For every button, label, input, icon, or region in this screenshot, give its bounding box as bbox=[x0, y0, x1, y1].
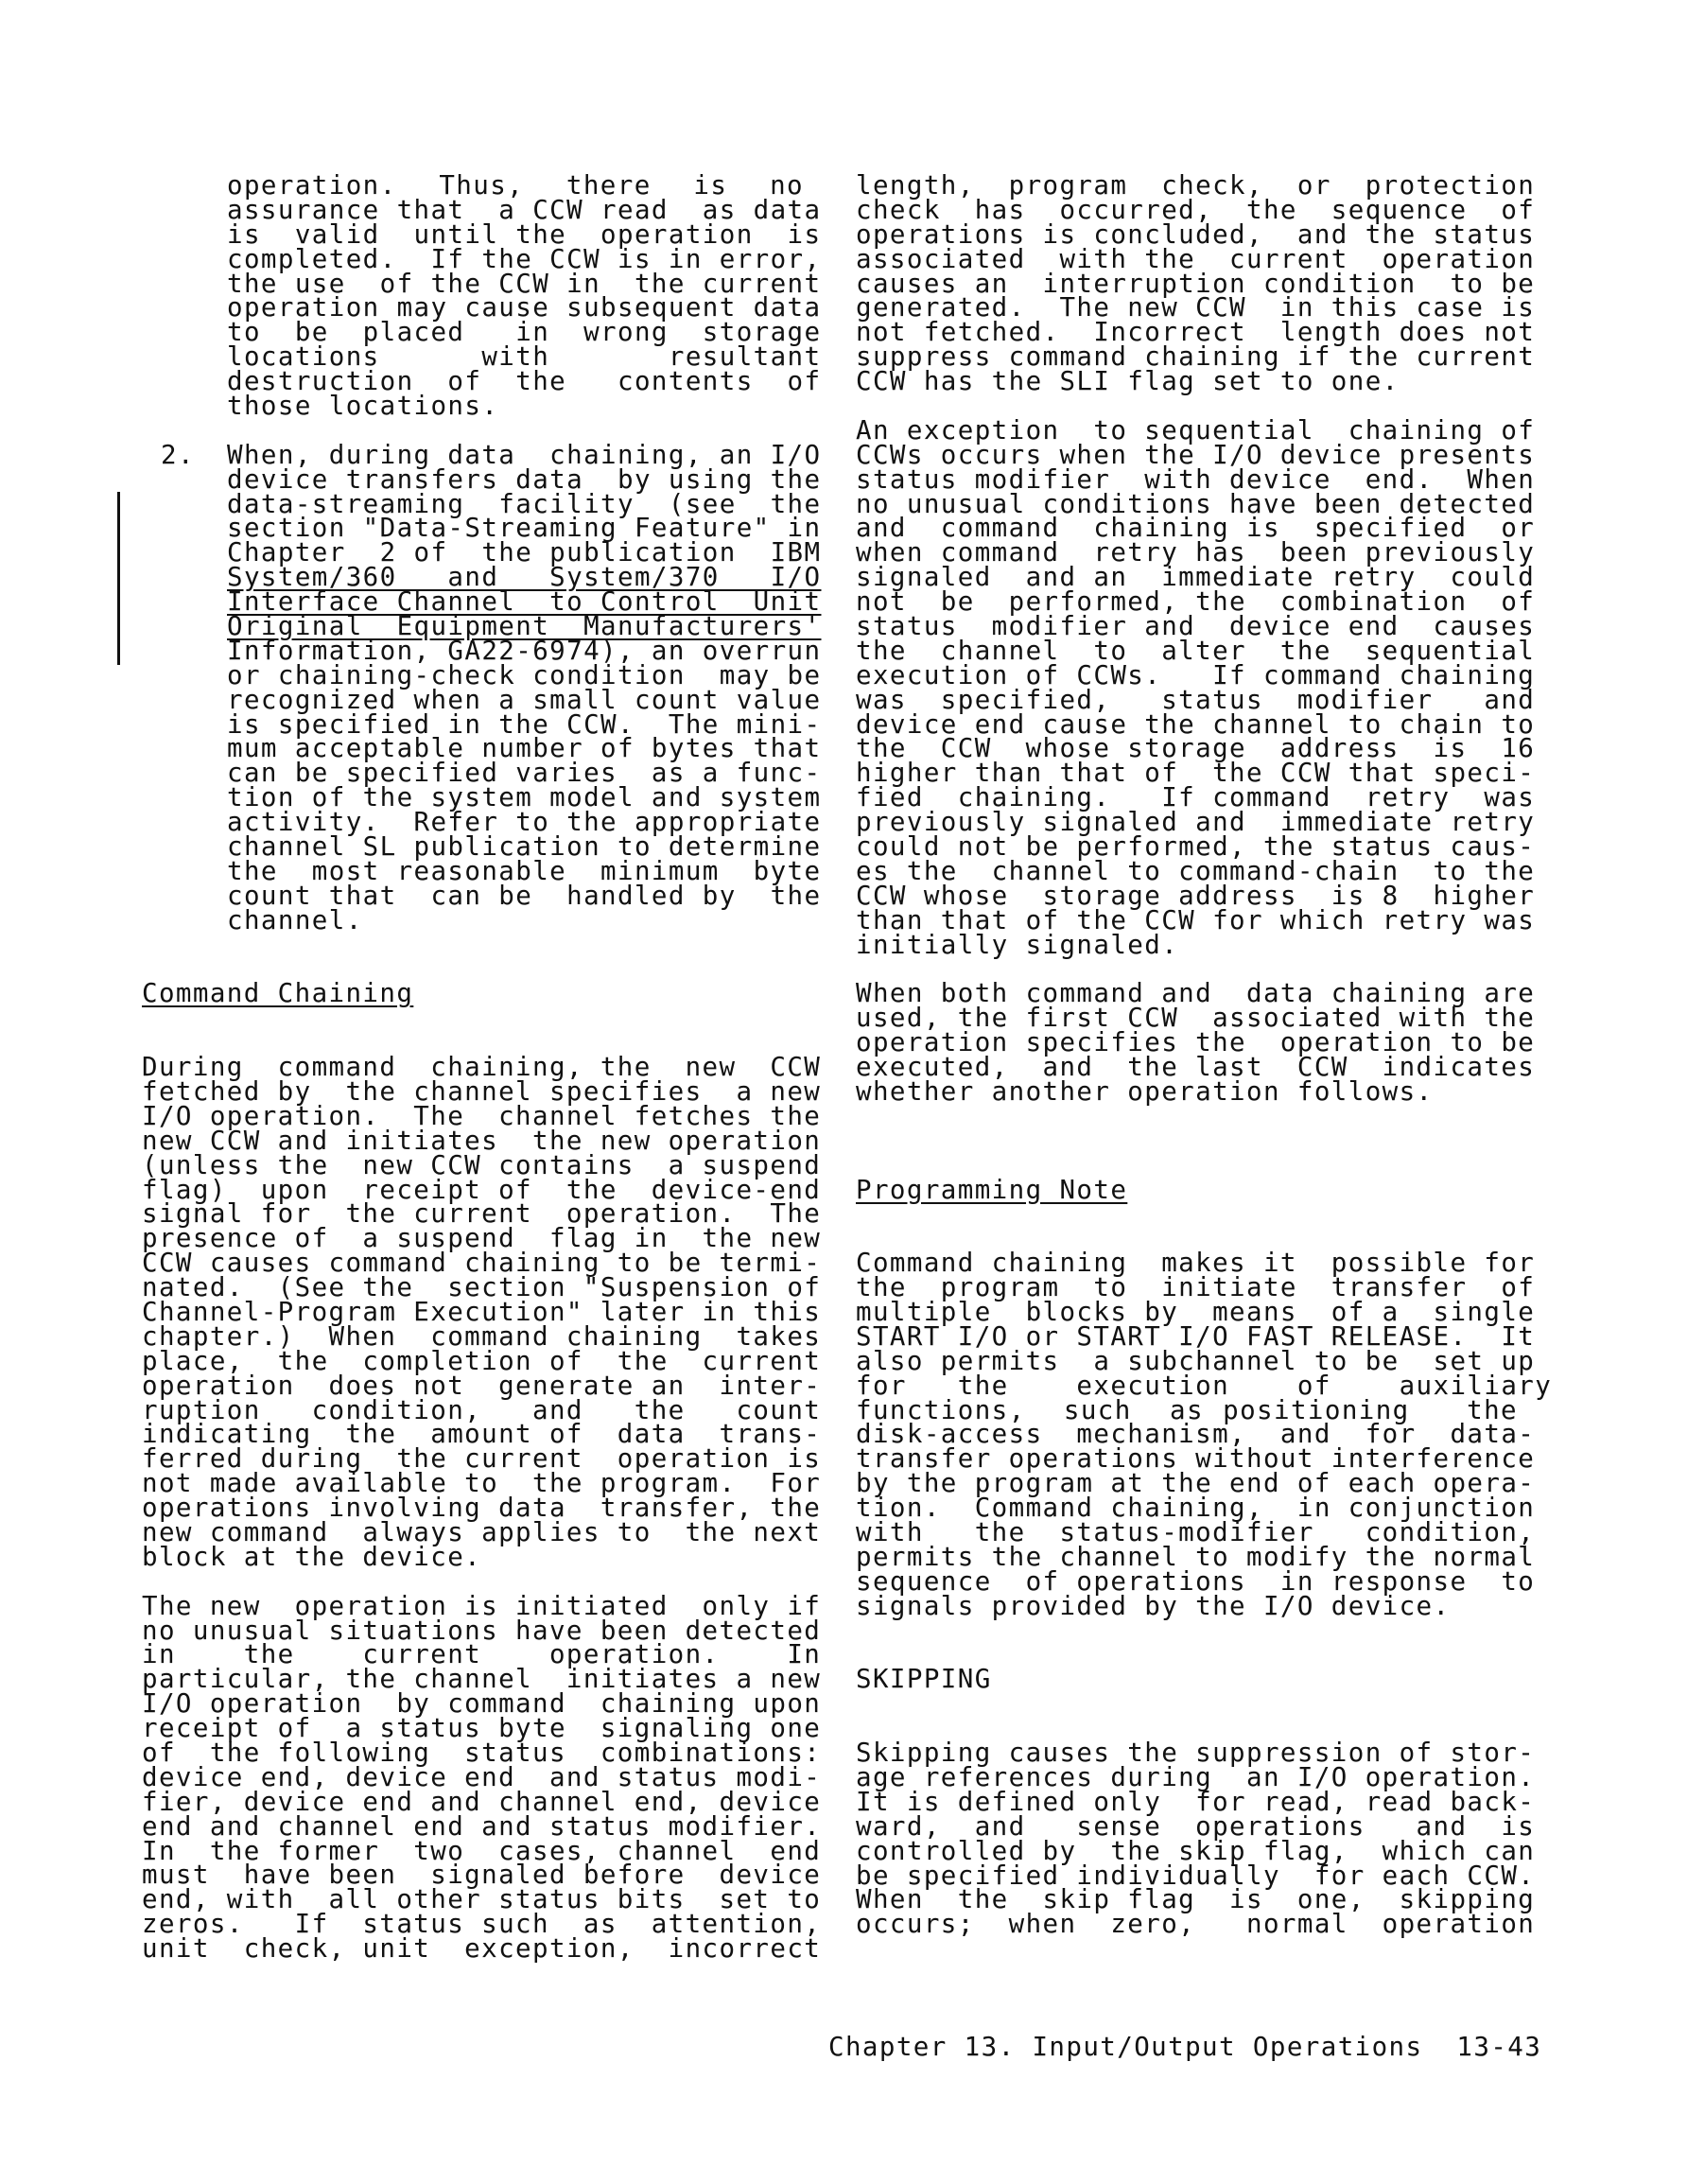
section-heading-command-chaining: Command Chaining bbox=[142, 982, 804, 1006]
text-line: signals provided by the I/O device. bbox=[856, 1595, 1518, 1619]
skipping-paragraph: Skipping causes the suppression of stor-… bbox=[856, 1741, 1518, 1937]
text-line: whether another operation follows. bbox=[856, 1080, 1518, 1105]
text-line: block at the device. bbox=[142, 1546, 804, 1570]
text-line: occurs; when zero, normal operation bbox=[856, 1913, 1518, 1937]
list-item-2: 2. When, during data chaining, an I/O de… bbox=[142, 444, 804, 934]
left-column: operation. Thus, there is no assurance t… bbox=[142, 174, 804, 1962]
paragraph: When both command and data chaining are … bbox=[856, 982, 1518, 1104]
revision-change-bar bbox=[117, 492, 120, 665]
list-item-1-continuation: operation. Thus, there is no assurance t… bbox=[142, 174, 804, 419]
text-line: channel. bbox=[227, 909, 804, 934]
paragraph: The new operation is initiated only if n… bbox=[142, 1595, 804, 1962]
text-line: those locations. bbox=[227, 394, 804, 419]
paragraph: During command chaining, the new CCW fet… bbox=[142, 1056, 804, 1570]
text-line: CCW has the SLI flag set to one. bbox=[856, 370, 1518, 394]
text-line: unit check, unit exception, incorrect bbox=[142, 1937, 804, 1962]
section-heading-programming-note: Programming Note bbox=[856, 1179, 1518, 1203]
text-line: initially signaled. bbox=[856, 934, 1518, 958]
footer-chapter-title: Chapter 13. Input/Output Operations bbox=[828, 2032, 1422, 2062]
paragraph: length, program check, or protection che… bbox=[856, 174, 1518, 394]
programming-note-paragraph: Command chaining makes it possible for t… bbox=[856, 1251, 1518, 1618]
section-heading-skipping: SKIPPING bbox=[856, 1668, 1518, 1692]
page-number: 13-43 bbox=[1456, 2032, 1541, 2062]
page-footer: Chapter 13. Input/Output Operations 13-4… bbox=[828, 2032, 1519, 2062]
list-item-number: 2. bbox=[161, 444, 195, 468]
right-column: length, program check, or protection che… bbox=[856, 174, 1518, 1937]
paragraph: An exception to sequential chaining of C… bbox=[856, 419, 1518, 958]
document-page: operation. Thus, there is no assurance t… bbox=[0, 0, 1687, 2184]
